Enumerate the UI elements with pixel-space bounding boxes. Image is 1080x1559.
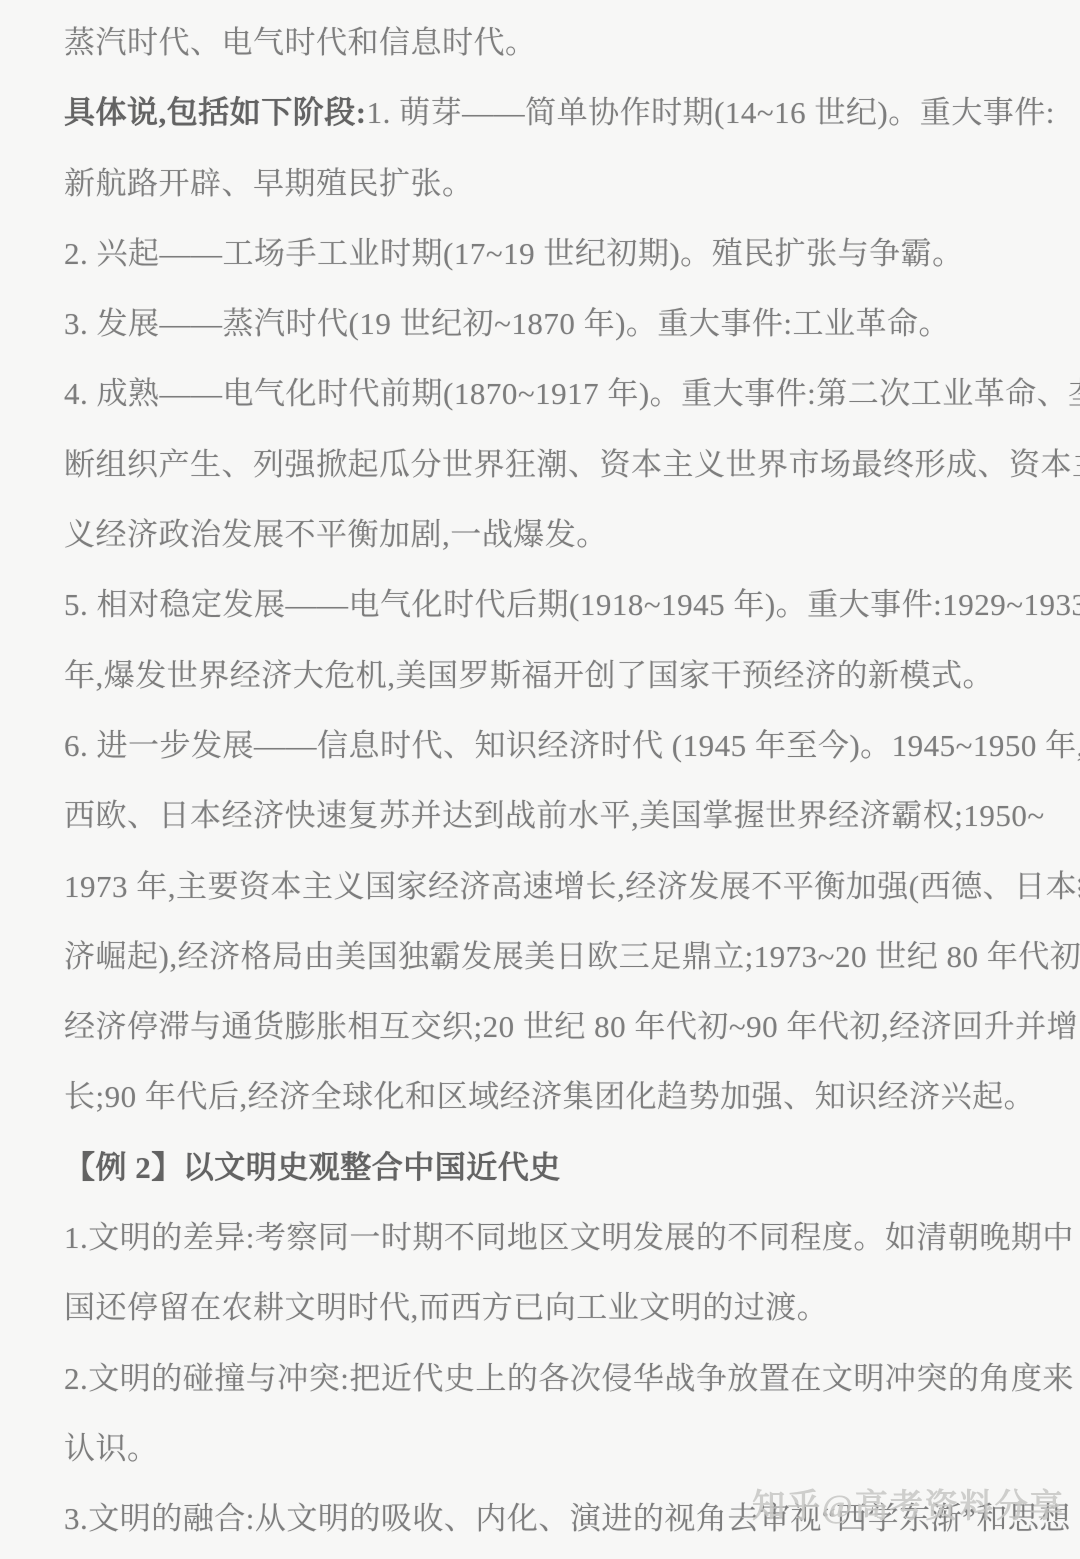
- doc-line: 西欧、日本经济快速复苏并达到战前水平,美国掌握世界经济霸权;1950~: [64, 781, 1040, 851]
- doc-line-text: 长;90 年代后,经济全球化和区域经济集团化趋势加强、知识经济兴起。: [64, 1079, 1035, 1114]
- doc-line-text: 2. 兴起——工场手工业时期(17~19 世纪初期)。殖民扩张与争霸。: [64, 236, 964, 271]
- doc-line-bold: 具体说,包括如下阶段:: [64, 95, 367, 130]
- doc-line-text: 2.文明的碰撞与冲突:把近代史上的各次侵华战争放置在文明冲突的角度来: [64, 1361, 1074, 1396]
- doc-line: 认识。: [64, 1414, 1040, 1484]
- doc-line-text: 国还停留在农耕文明时代,而西方已向工业文明的过渡。: [64, 1290, 828, 1325]
- doc-line-text: 1. 萌芽——简单协作时期(14~16 世纪)。重大事件:: [367, 95, 1055, 130]
- doc-line-text: 1.文明的差异:考察同一时期不同地区文明发展的不同程度。如清朝晚期中: [64, 1220, 1074, 1255]
- doc-line: 年,爆发世界经济大危机,美国罗斯福开创了国家干预经济的新模式。: [64, 641, 1040, 711]
- doc-line-text: 经济停滞与通货膨胀相互交织;20 世纪 80 年代初~90 年代初,经济回升并增: [64, 1009, 1078, 1044]
- doc-line: 蒸汽时代、电气时代和信息时代。: [64, 8, 1040, 78]
- doc-line: 3. 发展——蒸汽时代(19 世纪初~1870 年)。重大事件:工业革命。: [64, 289, 1040, 359]
- watermark: 知乎@高考资料分享: [752, 1480, 1065, 1527]
- doc-line: 新航路开辟、早期殖民扩张。: [64, 149, 1040, 219]
- doc-line-text: 年,爆发世界经济大危机,美国罗斯福开创了国家干预经济的新模式。: [64, 658, 994, 693]
- doc-line: 4. 成熟——电气化时代前期(1870~1917 年)。重大事件:第二次工业革命…: [64, 359, 1040, 429]
- doc-line: 2.文明的碰撞与冲突:把近代史上的各次侵华战争放置在文明冲突的角度来: [64, 1344, 1040, 1414]
- doc-line-text: 3. 发展——蒸汽时代(19 世纪初~1870 年)。重大事件:工业革命。: [64, 306, 950, 341]
- doc-line: 经济停滞与通货膨胀相互交织;20 世纪 80 年代初~90 年代初,经济回升并增: [64, 992, 1040, 1062]
- doc-line: 济崛起),经济格局由美国独霸发展美日欧三足鼎立;1973~20 世纪 80 年代…: [64, 922, 1040, 992]
- doc-line: 5. 相对稳定发展——电气化时代后期(1918~1945 年)。重大事件:192…: [64, 570, 1040, 640]
- doc-line: 1.文明的差异:考察同一时期不同地区文明发展的不同程度。如清朝晚期中: [64, 1203, 1040, 1273]
- doc-line: 6. 进一步发展——信息时代、知识经济时代 (1945 年至今)。1945~19…: [64, 711, 1040, 781]
- doc-line-text: 5. 相对稳定发展——电气化时代后期(1918~1945 年)。重大事件:192…: [64, 587, 1080, 622]
- document-page: 蒸汽时代、电气时代和信息时代。 具体说,包括如下阶段:1. 萌芽——简单协作时期…: [0, 0, 1080, 1559]
- doc-line-text: 新航路开辟、早期殖民扩张。: [64, 166, 474, 201]
- doc-line-bold: 【例 2】以文明史观整合中国近代史: [64, 1150, 561, 1185]
- doc-line: 1973 年,主要资本主义国家经济高速增长,经济发展不平衡加强(西德、日本经: [64, 852, 1040, 922]
- doc-line: 2. 兴起——工场手工业时期(17~19 世纪初期)。殖民扩张与争霸。: [64, 219, 1040, 289]
- doc-line-text: 认识。: [64, 1431, 159, 1466]
- doc-line-text: 济崛起),经济格局由美国独霸发展美日欧三足鼎立;1973~20 世纪 80 年代…: [64, 939, 1080, 974]
- doc-line-text: 断组织产生、列强掀起瓜分世界狂潮、资本主义世界市场最终形成、资本主: [64, 447, 1080, 482]
- doc-line: 断组织产生、列强掀起瓜分世界狂潮、资本主义世界市场最终形成、资本主: [64, 430, 1040, 500]
- doc-line: 国还停留在农耕文明时代,而西方已向工业文明的过渡。: [64, 1273, 1040, 1343]
- doc-line: 长;90 年代后,经济全球化和区域经济集团化趋势加强、知识经济兴起。: [64, 1062, 1040, 1132]
- doc-line: 具体说,包括如下阶段:1. 萌芽——简单协作时期(14~16 世纪)。重大事件:: [64, 78, 1040, 148]
- doc-line-text: 1973 年,主要资本主义国家经济高速增长,经济发展不平衡加强(西德、日本经: [64, 869, 1080, 904]
- doc-line-text: 6. 进一步发展——信息时代、知识经济时代 (1945 年至今)。1945~19…: [64, 728, 1080, 763]
- doc-heading-example-2: 【例 2】以文明史观整合中国近代史: [64, 1133, 1040, 1203]
- doc-line-text: 西欧、日本经济快速复苏并达到战前水平,美国掌握世界经济霸权;1950~: [64, 798, 1045, 833]
- doc-line-text: 蒸汽时代、电气时代和信息时代。: [64, 25, 537, 60]
- doc-line: 义经济政治发展不平衡加剧,一战爆发。: [64, 500, 1040, 570]
- doc-line-text: 义经济政治发展不平衡加剧,一战爆发。: [64, 517, 608, 552]
- doc-line-text: 4. 成熟——电气化时代前期(1870~1917 年)。重大事件:第二次工业革命…: [64, 376, 1080, 411]
